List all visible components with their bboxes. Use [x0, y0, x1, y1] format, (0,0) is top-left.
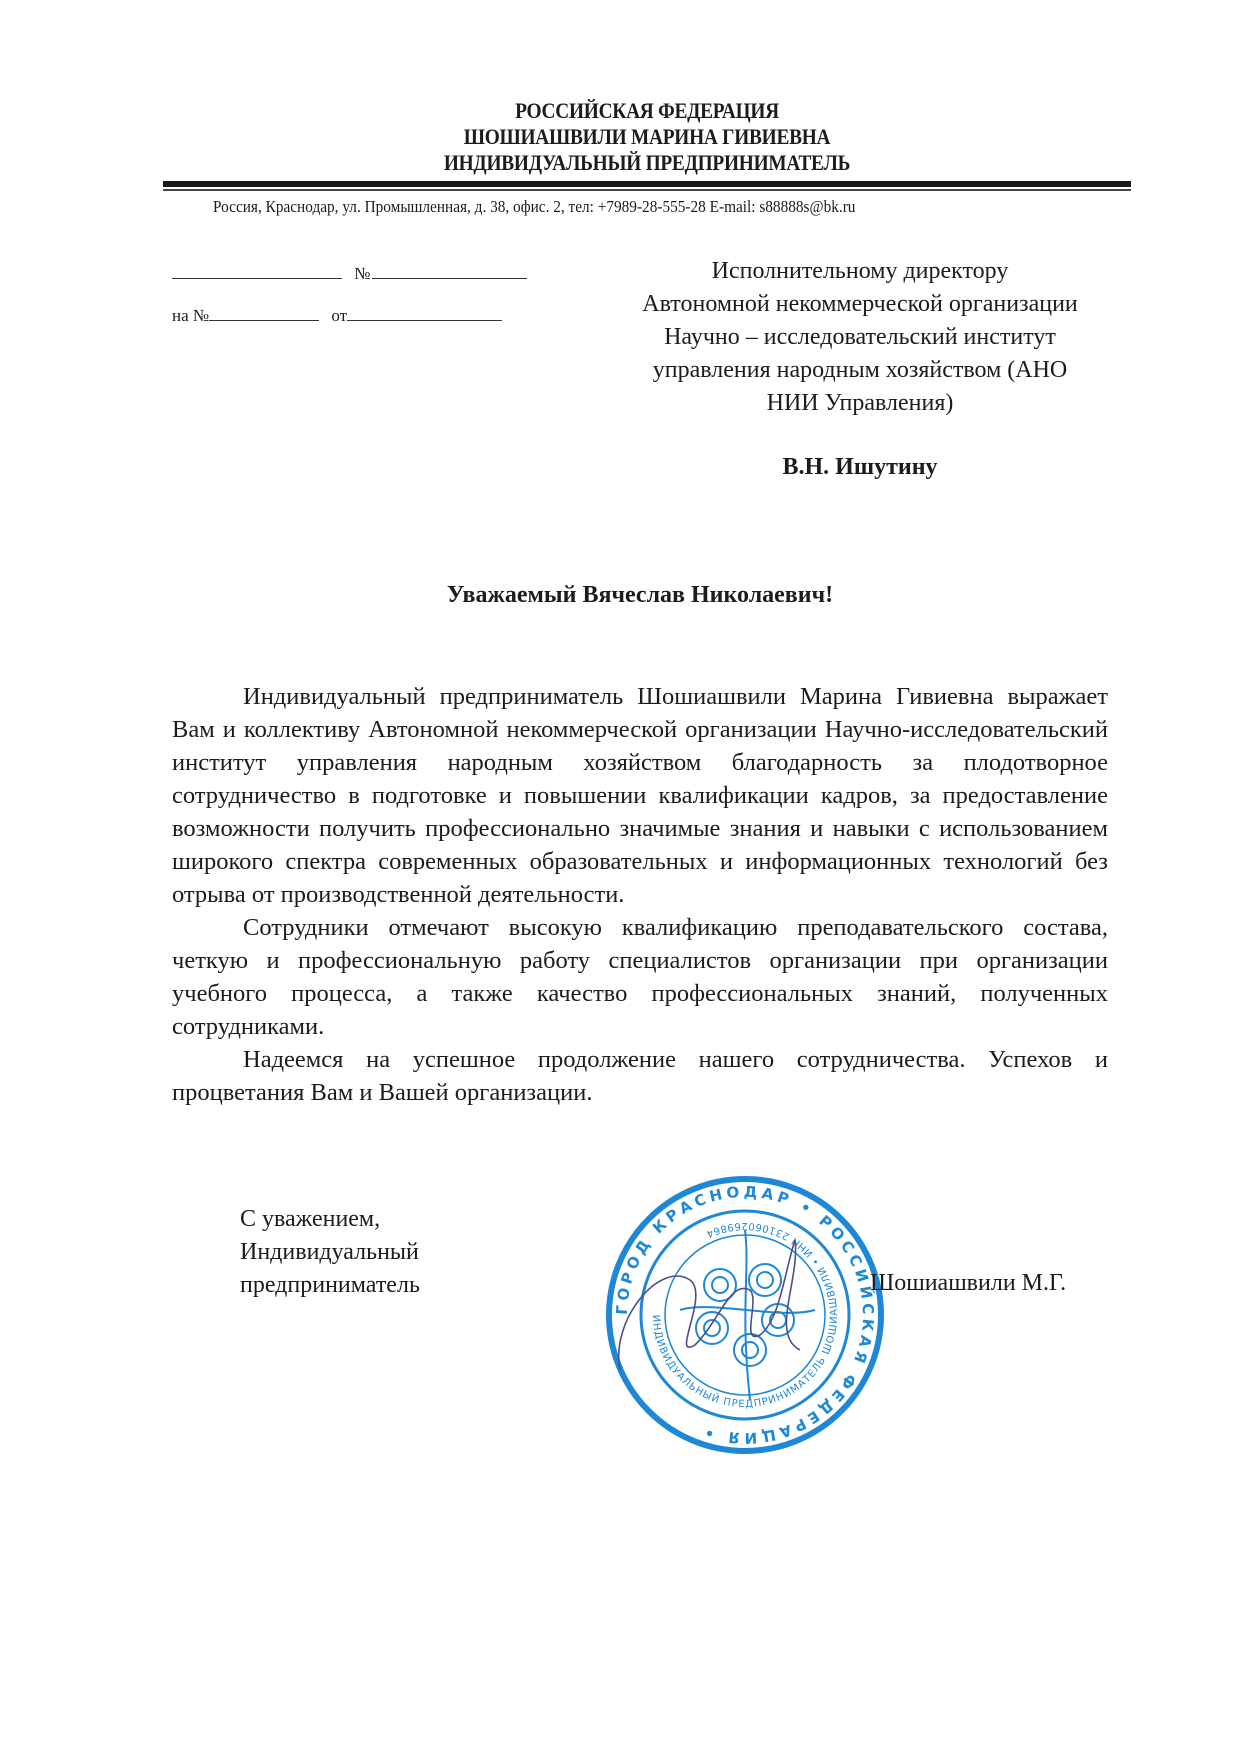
closing-line: предприниматель [240, 1269, 420, 1302]
letterhead-country: РОССИЙСКАЯ ФЕДЕРАЦИЯ [78, 98, 1217, 124]
stamp-seal-icon: ГОРОД КРАСНОДАР • РОССИЙСКАЯ ФЕДЕРАЦИЯ •… [600, 1170, 890, 1460]
signer-name: Шошиашвили М.Г. [870, 1270, 1066, 1297]
salutation: Уважаемый Вячеслав Николаевич! [172, 582, 1108, 609]
body-paragraph: Индивидуальный предприниматель Шошиашвил… [172, 680, 1108, 911]
closing-line: Индивидуальный [240, 1236, 420, 1269]
letter-body: Индивидуальный предприниматель Шошиашвил… [172, 680, 1108, 1109]
outgoing-date-blank [172, 262, 342, 279]
recipient-line: Автономной некоммерческой организации [590, 288, 1130, 321]
letterhead-rule [163, 181, 1131, 187]
recipient-block: Исполнительному директору Автономной нек… [590, 255, 1130, 420]
number-label: № [354, 264, 370, 283]
official-stamp: ГОРОД КРАСНОДАР • РОССИЙСКАЯ ФЕДЕРАЦИЯ •… [600, 1170, 890, 1460]
letterhead-title: ИНДИВИДУАЛЬНЫЙ ПРЕДПРИНИМАТЕЛЬ [78, 150, 1217, 176]
body-paragraph: Надеемся на успешное продолжение нашего … [172, 1043, 1108, 1109]
reply-number-label: на № [172, 306, 209, 325]
reply-number-blank [209, 304, 319, 321]
recipient-line: Научно – исследовательский институт [590, 321, 1130, 354]
recipient-line: управления народным хозяйством (АНО [590, 354, 1130, 387]
letterhead-contact: Россия, Краснодар, ул. Промышленная, д. … [213, 197, 855, 217]
closing-block: С уважением, Индивидуальный предпринимат… [240, 1203, 420, 1302]
outgoing-number-blank [372, 262, 527, 279]
recipient-line: Исполнительному директору [590, 255, 1130, 288]
addressee-name: В.Н. Ишутину [590, 454, 1130, 481]
reply-number-row: на № от [172, 304, 502, 326]
letterhead-owner-name: ШОШИАШВИЛИ МАРИНА ГИВИЕВНА [78, 124, 1217, 150]
closing-line: С уважением, [240, 1203, 420, 1236]
outgoing-number-row: № [172, 262, 527, 284]
from-label: от [331, 306, 347, 325]
body-paragraph: Сотрудники отмечают высокую квалификацию… [172, 911, 1108, 1043]
reply-date-blank [347, 304, 502, 321]
recipient-line: НИИ Управления) [590, 387, 1130, 420]
letterhead-rule-thin [163, 189, 1131, 191]
